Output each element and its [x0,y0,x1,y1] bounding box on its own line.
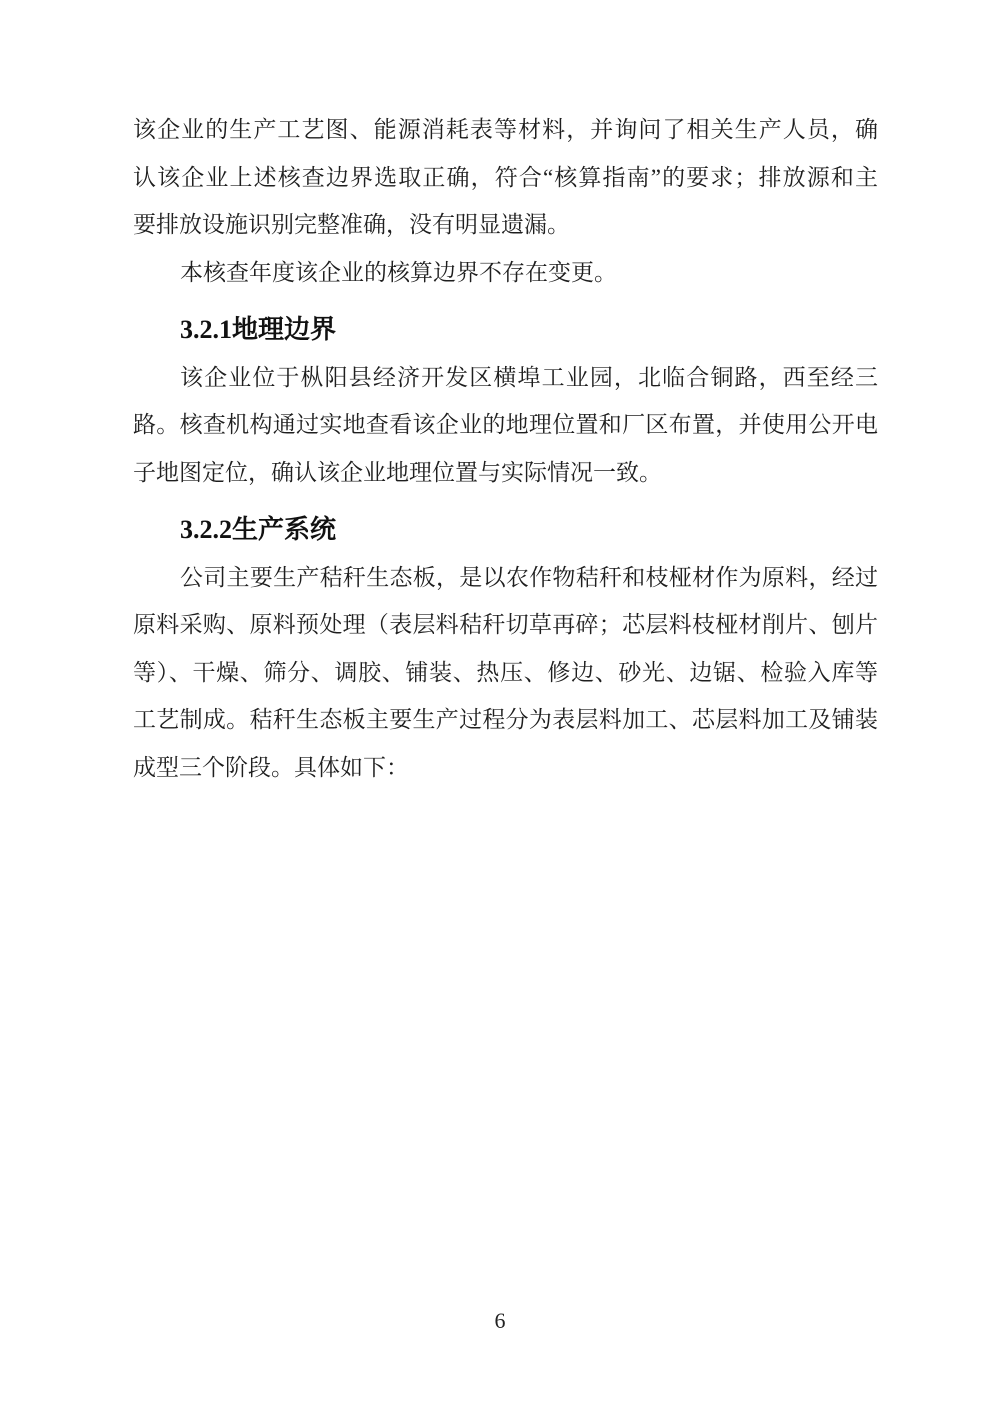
paragraph3-line3: 子地图定位，确认该企业地理位置与实际情况一致。 [133,449,878,497]
paragraph3-line2: 路。核查机构通过实地查看该企业的地理位置和厂区布置，并使用公开电 [133,401,878,449]
paragraph4-line2: 原料采购、原料预处理（表层料秸秆切草再碎；芯层料枝桠材削片、刨片 [133,601,878,649]
section-heading-3-2-1: 3.2.1地理边界 [133,306,878,354]
document-page: 该企业的生产工艺图、能源消耗表等材料，并询问了相关生产人员，确 认该企业上述核查… [0,0,1000,1414]
paragraph4-line3: 等）、干燥、筛分、调胶、铺装、热压、修边、砂光、边锯、检验入库等 [133,649,878,697]
paragraph4-line4: 工艺制成。秸秆生态板主要生产过程分为表层料加工、芯层料加工及铺装 [133,696,878,744]
paragraph1-line3: 要排放设施识别完整准确，没有明显遗漏。 [133,201,878,249]
page-content: 该企业的生产工艺图、能源消耗表等材料，并询问了相关生产人员，确 认该企业上述核查… [133,106,878,791]
paragraph1-line2: 认该企业上述核查边界选取正确，符合“核算指南”的要求；排放源和主 [133,154,878,202]
paragraph4-line5: 成型三个阶段。具体如下： [133,744,878,792]
page-number: 6 [0,1308,1000,1334]
paragraph1-line1: 该企业的生产工艺图、能源消耗表等材料，并询问了相关生产人员，确 [133,106,878,154]
paragraph3-line1: 该企业位于枞阳县经济开发区横埠工业园，北临合铜路，西至经三 [133,354,878,402]
paragraph2-line1: 本核查年度该企业的核算边界不存在变更。 [133,249,878,297]
section-heading-3-2-2: 3.2.2生产系统 [133,506,878,554]
paragraph4-line1: 公司主要生产秸秆生态板，是以农作物秸秆和枝桠材作为原料，经过 [133,554,878,602]
